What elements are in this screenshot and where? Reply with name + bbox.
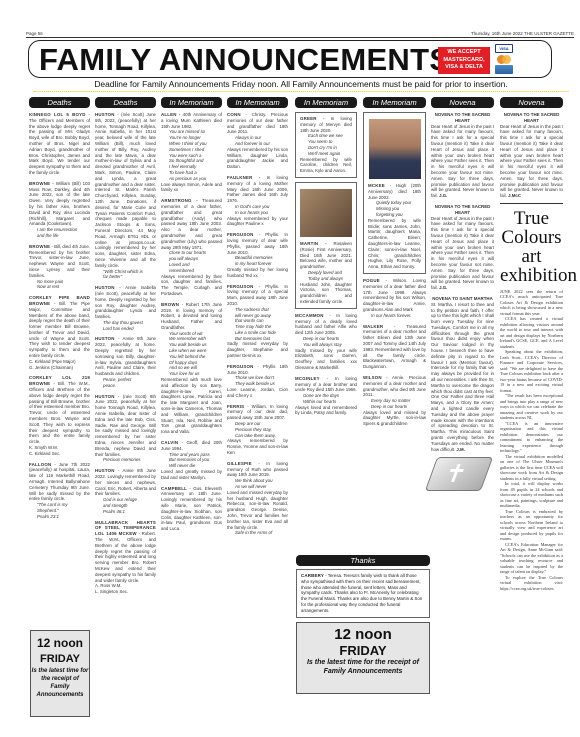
verse-line: Psalm 23:1 <box>29 514 90 520</box>
payment-badge: WE ACCEPT MASTERCARD, VISA & DELTA <box>438 47 490 74</box>
notice-signoff: Love always Simon, Adele and family xx <box>161 182 222 194</box>
notice-name: BROWN <box>161 302 179 307</box>
notice-entry: CORKLEY PIPE BAND BROWNE - Bill. The Pip… <box>29 295 90 370</box>
notice-entry: HUSTON - Annie Isabella (née Scott), pea… <box>95 285 156 331</box>
article-paragraph: CCEA has created a virtual exhibition al… <box>500 316 563 349</box>
notice-name: HUSTON - <box>95 285 121 290</box>
notice-name: HUSTON <box>95 394 115 399</box>
notice-text: - June 7th 2022 (peacefully) at hospital… <box>29 462 90 502</box>
novena-entry: NOVENA TO THE SACRED HEARTDear Heart of … <box>431 204 494 291</box>
news-article: True Colours art exhibition JUNE 2022 se… <box>500 209 563 592</box>
notice-name: ARMSTRONG - <box>161 198 198 203</box>
article-paragraph: Speaking about the exhibition, Leah Scot… <box>500 349 563 393</box>
visa-card-icon: VISA <box>495 44 513 53</box>
section-header-thanks: Thanks <box>296 555 430 566</box>
verse-line: In our hearts forever. <box>363 313 426 319</box>
latest-time-text: Is the latest time for the receipt of Fa… <box>297 658 429 676</box>
section-header-deaths: Deaths <box>29 97 90 108</box>
noon-text: 12 noon <box>31 635 89 652</box>
notice-signoff: Loved and greatly missed by Dad and sist… <box>161 469 222 481</box>
notice-entry: CAMPBELL - Gus. Eleventh Anniversary on … <box>161 486 222 532</box>
title-banner: FAMILY ANNOUNCEMENTS WE ACCEPT MASTERCAR… <box>28 40 552 78</box>
notice-entry: CONN - Christy. Precious memories of our… <box>227 112 288 170</box>
notice-entry: WALKER - Treasured memories of a dear mo… <box>363 324 426 370</box>
notice-entry: MULLABRACK HEARTS OF STEEL TEMPERANCE LO… <box>95 520 156 595</box>
notice-entry: FERGUSON - Phyllis 18th June 2010. Those… <box>227 364 288 399</box>
notice-name: POGUE <box>363 278 380 283</box>
notice-text: - Annie 9th June 2022, peacefully at hom… <box>95 336 156 376</box>
notice-name: CALVIN <box>161 440 178 445</box>
column-in-memoriam-4: In Memoriam MCKEE - Hugh (20th Anniversa… <box>363 97 426 432</box>
section-header-in-memoriam: In Memoriam <box>161 97 222 108</box>
signature: C. Kirkland Sec. <box>29 451 90 457</box>
notice-entry: FAULKNER - In loving memory of a loving … <box>227 175 288 227</box>
bible-icon <box>425 457 493 491</box>
article-headline: True Colours art exhibition <box>500 209 563 285</box>
section-header-deaths: Deaths <box>95 97 156 108</box>
page-title: FAMILY ANNOUNCEMENTS <box>39 42 450 78</box>
notice-name: ALLEN - <box>161 112 181 117</box>
notice-signoff: Always remembered by your daughter Pauli… <box>227 216 288 228</box>
column-novena-2: Novena NOVENA TO THE SACRED HEARTDear He… <box>500 97 563 591</box>
notice-name: FERGUSON <box>227 284 253 289</box>
initials: J.M. <box>456 447 465 452</box>
friday-text: FRIDAY <box>31 652 89 667</box>
column-in-memoriam-1: In Memoriam ALLEN - 40th Anniversary of … <box>161 97 222 537</box>
notice-name: FERGUSON <box>227 232 253 237</box>
notice-signoff: Always loved and remembered by Linda, Pa… <box>295 405 357 417</box>
article-paragraph: CCEA's Education Manager for Art & Desig… <box>500 542 563 575</box>
notice-signoff: Loved and missed everyday by her husband… <box>227 490 288 531</box>
verse-line: and the life <box>29 233 90 239</box>
notice-entry: FERGUSON - Phyllis. In loving memory of … <box>227 232 288 278</box>
noon-text: 12 noon <box>297 626 429 643</box>
novena-title: NOVENA TO THE SACRED HEART <box>431 204 494 216</box>
article-paragraph[interactable]: To explore the True Colours virtual exhi… <box>500 575 563 592</box>
deadline-box: 12 noon FRIDAY Is the latest time for th… <box>30 630 90 717</box>
notice-name: MCGINLEY <box>295 376 320 381</box>
notice-entry: ALLEN - 40th Anniversary of a loving Mum… <box>161 112 222 193</box>
article-paragraph: True Colours is embraced by teachers as … <box>500 509 563 542</box>
column-in-memoriam-3: In Memoriam GREER - In loving memory of … <box>295 97 357 421</box>
notice-signoff: Remembered by wife Bridie; sons James, J… <box>368 218 421 270</box>
novena-text: Dear Heart of Jesus in the past I have a… <box>431 124 494 199</box>
column-deaths-1: Deaths KINNEGO LOL 5 BOYD - The Officers… <box>29 97 90 525</box>
section-header-in-memoriam: In Memoriam <box>227 97 288 108</box>
article-paragraph: The virtual exhibition modelled on one o… <box>500 454 563 482</box>
column-novena-1: Novena NOVENA TO THE SACRED HEARTDear He… <box>431 97 494 491</box>
notice-entry: HUSTON - Annie 9th June 2022, peacefully… <box>95 336 156 388</box>
notice-name: WILSON <box>363 375 382 380</box>
notice-name: BROWNE - <box>29 181 54 186</box>
signature: G. Jenkins (Chairman) <box>29 365 90 371</box>
notice-text: William (Bill) 103 Moss Row, Darkley, di… <box>29 181 90 227</box>
page-topline: Page 56 Thursday, 16th June 2022 THE ULS… <box>26 31 574 38</box>
article-paragraph: In total, it will display works from 49 … <box>500 481 563 509</box>
verse-line: Precious memories <box>95 457 156 463</box>
notice-name: MCCAMMON <box>295 313 324 318</box>
notice-signoff: Greatly missed by her loving husband Ted… <box>227 267 288 279</box>
article-paragraph: "CCEA is an innovative organisation and … <box>500 421 563 454</box>
notice-text: - Gus. Eleventh Anniversary on 18th June… <box>161 486 222 532</box>
page-number: Page 56 <box>26 31 43 37</box>
initials: J.G. <box>439 193 447 198</box>
notice-signoff: Sadly missed by your wife Elizabeth, son… <box>295 348 357 371</box>
initials: J.G. <box>439 285 447 290</box>
novena-text: Dear Heart of Jesus in the past I have a… <box>431 216 494 291</box>
notice-entry-boxed: GREER - In loving memory of Mervyn died … <box>295 112 357 178</box>
notice-signoff: Always remembered by their son, daughter… <box>161 274 222 297</box>
novena-title: NOVENA TO THE SACRED HEART <box>500 112 563 124</box>
notice-entry: BROWNE - William (Bill) 103 Moss Row, Da… <box>29 181 90 239</box>
badge-line: VISA & DELTA <box>438 64 490 72</box>
notice-entry: HUSTON - (née Scott) 9th June 2022, peac… <box>95 394 156 464</box>
novena-title: NOVENA TO THE SACRED HEART <box>431 112 494 124</box>
verse-line: Lord has ended <box>95 326 156 332</box>
column-in-memoriam-2: In Memoriam CONN - Christy. Precious mem… <box>227 97 288 541</box>
notice-text: - Bill, died 4th June. Remembered by his… <box>29 244 90 278</box>
notice-name: FERGUSON <box>227 364 253 369</box>
portrait-photo <box>300 189 352 237</box>
notice-text: Treasured memories of a dear father, gra… <box>161 198 222 249</box>
mastercard-icon <box>495 55 513 64</box>
novena-text: St. Martha, I resort to thee and to thy … <box>431 302 494 452</box>
notice-signoff: Remembered with much love and affection … <box>161 377 222 435</box>
notice-name: HUSTON <box>95 336 115 341</box>
verse-line: far better" <box>95 274 156 280</box>
section-header-novena: Novena <box>500 97 563 108</box>
notice-text: - (née Scott) June 9th, 2022, (peacefull… <box>95 112 156 268</box>
thanks-entry: CARBERY - Teresa. Teresa's family wish t… <box>296 569 430 618</box>
verse-line: Psalm 46:1 <box>95 509 156 515</box>
notice-signoff: Husband John, daughter Victoria, son Tho… <box>300 282 352 305</box>
notice-name: MARTIN - <box>300 241 327 246</box>
notice-signoff: Sadly missed everyday by daughter, Steph… <box>227 341 288 358</box>
verse-line: peace. <box>95 383 156 389</box>
notice-name: CAMPBELL <box>161 486 187 491</box>
notice-entry: POGUE - Wilson. Loving memories of a dea… <box>363 278 426 319</box>
notice-name: FERRIS <box>227 404 244 409</box>
deadline-notice: Deadline for Family Announcements Friday… <box>33 79 568 92</box>
notice-name: KINNEGO LOL 5 BOYD <box>29 112 86 117</box>
thanks-section: Thanks CARBERY - Teresa. Teresa's family… <box>296 555 430 694</box>
badge-line: WE ACCEPT <box>438 49 490 57</box>
notice-text: - Wilson. Loving memories of a dear fath… <box>363 278 426 312</box>
section-header-novena: Novena <box>431 97 494 108</box>
column-deaths-2: Deaths HUSTON - (née Scott) June 9th, 20… <box>95 97 156 600</box>
latest-time-text: Is the latest time for the receipt of Fa… <box>31 667 89 699</box>
dateline: Thursday, 16th June 2022 THE ULSTER GAZE… <box>471 31 574 37</box>
notice-entry: MCCAMMON - In loving memory of a dearly … <box>295 313 357 371</box>
notice-name: BROWNE <box>29 244 50 249</box>
novena-text: Dear Heart of Jesus in the past I have a… <box>500 124 563 199</box>
notice-name: CARBERY <box>301 573 324 578</box>
novena-entry: NOVENA TO THE SACRED HEARTDear Heart of … <box>500 112 563 204</box>
novena-entry: NOVENA TO SAINT MARTHASt. Martha, I reso… <box>431 296 494 453</box>
verse-line: Safe in the Arms of <box>227 530 288 536</box>
delta-card-icon <box>495 65 513 74</box>
notice-entry: MCGINLEY - In loving memory of a dear br… <box>295 376 357 417</box>
notice-name: WALKER <box>363 324 383 329</box>
notice-signoff: Always loved and missed by daughter Myrt… <box>363 410 426 427</box>
notice-name: MCKEE <box>368 183 385 188</box>
notice-entry: CORKLEY LOL 219 BROWNE - Bill. The W.M.,… <box>29 375 90 456</box>
notice-text: - Bill. The W.M., Officers and Brethren … <box>29 381 90 444</box>
portrait-photo <box>369 119 421 179</box>
notice-entry: ARMSTRONG - Treasured memories of a dear… <box>161 198 222 297</box>
notice-entry: CALVIN - Geoff, died 20th June 1994. Tim… <box>161 440 222 481</box>
notice-text: - Bill. The Pipe Major, Committee and Me… <box>29 301 90 358</box>
notice-entry: BROWN - Robert 17th June 2019. In loving… <box>161 302 222 435</box>
notice-text: - The Officers and Members of the above … <box>29 112 90 175</box>
notice-text: - Treasured memories of a dear mother an… <box>363 324 426 370</box>
signature: L. Singleton Sec. <box>95 589 156 595</box>
notice-entry: KINNEGO LOL 5 BOYD - The Officers and Me… <box>29 112 90 176</box>
notice-name: FALLOON <box>29 462 51 467</box>
notice-entry: GILLESPIE - In loving memory of Ruth who… <box>227 461 288 536</box>
notice-name: HUSTON <box>95 112 115 117</box>
deadline-box: 12 noon FRIDAY Is the latest time for th… <box>296 622 430 694</box>
notice-name: GILLESPIE <box>227 461 252 466</box>
badge-line: MASTERCARD, <box>438 57 490 65</box>
notice-entry: FALLOON - June 7th 2022 (peacefully) at … <box>29 462 90 520</box>
notice-entry: FERRIS - William. In loving memory of ou… <box>227 404 288 456</box>
notice-entry: HUSTON - (née Scott) June 9th, 2022, (pe… <box>95 112 156 280</box>
friday-text: FRIDAY <box>297 643 429 658</box>
notice-name: CONN <box>227 112 241 117</box>
card-logos: VISA <box>495 44 515 76</box>
notice-entry: BROWNE - Bill, died 4th June. Remembered… <box>29 244 90 290</box>
notice-text: - Robert. The W.M., Officers and Brethre… <box>95 531 156 582</box>
novena-entry: NOVENA TO THE SACRED HEARTDear Heart of … <box>431 112 494 199</box>
notice-signoff: Always remembered by his son William, da… <box>227 147 288 170</box>
notice-name: FAULKNER - <box>227 175 261 180</box>
notice-entry: HUSTON - Annie 9th June 2022. Lovingly r… <box>95 468 156 514</box>
notice-text: Annie Isabella (née Scott), peacefully a… <box>95 285 156 319</box>
notice-signoff: Remembered by wife Caroline, children Ne… <box>300 157 352 174</box>
section-header-in-memoriam: In Memoriam <box>363 97 426 108</box>
notice-name: GREER <box>300 116 317 121</box>
notice-entry: FERGUSON - Phyllis. In loving memory of … <box>227 284 288 359</box>
notice-name: HUSTON <box>95 468 115 473</box>
notice-signoff: Love Leanne, Jordan, Cion and Cherry x <box>227 387 288 399</box>
notice-signoff: Always remembered by Ronnie, Yvonne and … <box>227 438 288 455</box>
article-paragraph: JUNE 2022 sees the return of CCEA's much… <box>500 289 563 317</box>
notice-entry-boxed: MARTIN - Rosaleen (Rosie) First Annivers… <box>295 182 357 309</box>
verse-line: Now at rest <box>29 284 90 290</box>
section-header-in-memoriam: In Memoriam <box>295 97 357 108</box>
article-paragraph: "The result has been exceptional and bri… <box>500 393 563 421</box>
notice-text: - (née Scott) 9th June 2022, peacefully … <box>95 394 156 457</box>
initials: J.McC <box>508 193 521 198</box>
notice-entry: WILSON - Annie. Precious memories of a d… <box>363 375 426 427</box>
notice-entry-boxed: MCKEE - Hugh (20th Anniversary) died 18t… <box>363 112 426 274</box>
notice-text: - Teresa. Teresa's family wish to thank … <box>301 573 422 613</box>
